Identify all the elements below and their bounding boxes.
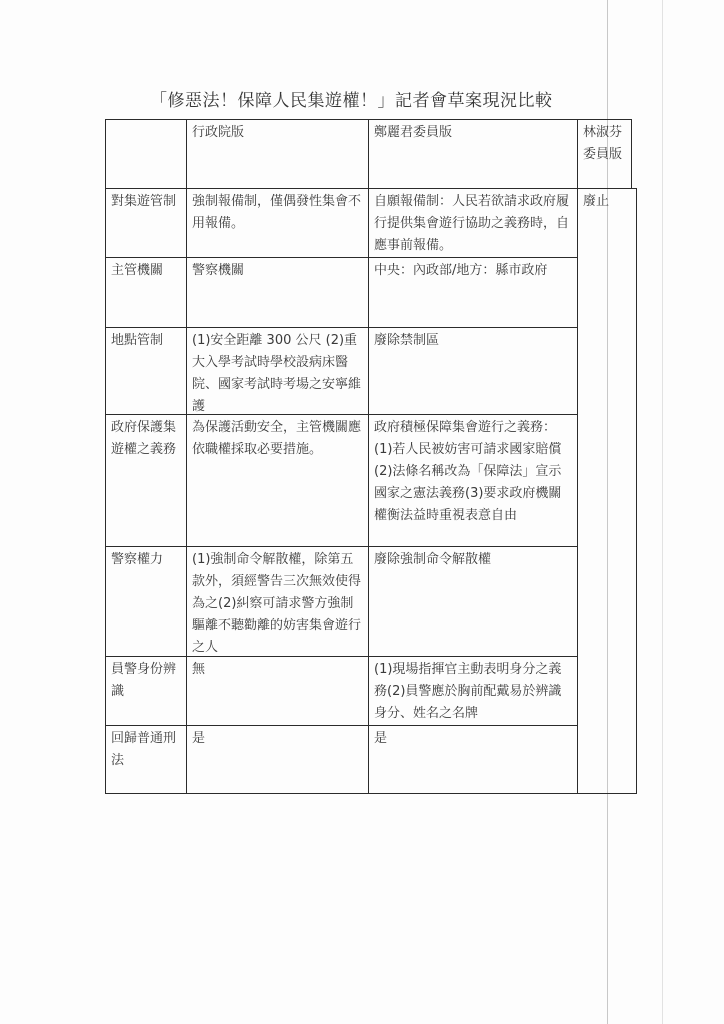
cell-cheng-li-chun: 廢除強制命令解散權 [368,546,578,657]
cell-cheng-li-chun: 是 [368,725,578,794]
row-label: 回歸普通刑法 [105,725,187,794]
row-label: 員警身份辨識 [105,656,187,726]
header-cell-executive-yuan: 行政院版 [186,119,369,189]
cell-cheng-li-chun: 自願報備制：人民若欲請求政府履行提供集會遊行協助之義務時，自應事前報備。 [368,188,578,258]
cell-executive-yuan: 無 [186,656,369,726]
cell-cheng-li-chun: 政府積極保障集會遊行之義務：(1)若人民被妨害可請求國家賠償(2)法條名稱改為「… [368,414,578,547]
cell-executive-yuan: 是 [186,725,369,794]
header-cell-lin-shu-fen: 林淑芬委員版 [577,119,632,189]
cell-cheng-li-chun: 廢除禁制區 [368,327,578,415]
cell-executive-yuan: (1)安全距離 300 公尺 (2)重大入學考試時學校設病床醫院、國家考試時考場… [186,327,369,415]
cell-executive-yuan: 警察機關 [186,257,369,328]
cell-cheng-li-chun: 中央：內政部/地方：縣市政府 [368,257,578,328]
cell-cheng-li-chun: (1)現場指揮官主動表明身分之義務(2)員警應於胸前配戴易於辨識身分、姓名之名牌 [368,656,578,726]
header-cell-empty [105,119,187,189]
scan-artifact-line [662,0,663,1024]
row-label: 主管機關 [105,257,187,328]
cell-executive-yuan: 強制報備制，僅偶發性集會不用報備。 [186,188,369,258]
cell-executive-yuan: 為保護活動安全，主管機關應依職權採取必要措施。 [186,414,369,547]
row-label: 政府保護集遊權之義務 [105,414,187,547]
row-label: 地點管制 [105,327,187,415]
page-title: 「修惡法！保障人民集遊權！」記者會草案現況比較 [150,86,580,111]
lin-shu-fen-merged-cell: 廢止 [577,188,637,794]
header-cell-cheng-li-chun: 鄭麗君委員版 [368,119,578,189]
row-label: 警察權力 [105,546,187,657]
cell-executive-yuan: (1)強制命令解散權，除第五款外，須經警告三次無效使得為之(2)糾察可請求警方強… [186,546,369,657]
row-label: 對集遊管制 [105,188,187,258]
